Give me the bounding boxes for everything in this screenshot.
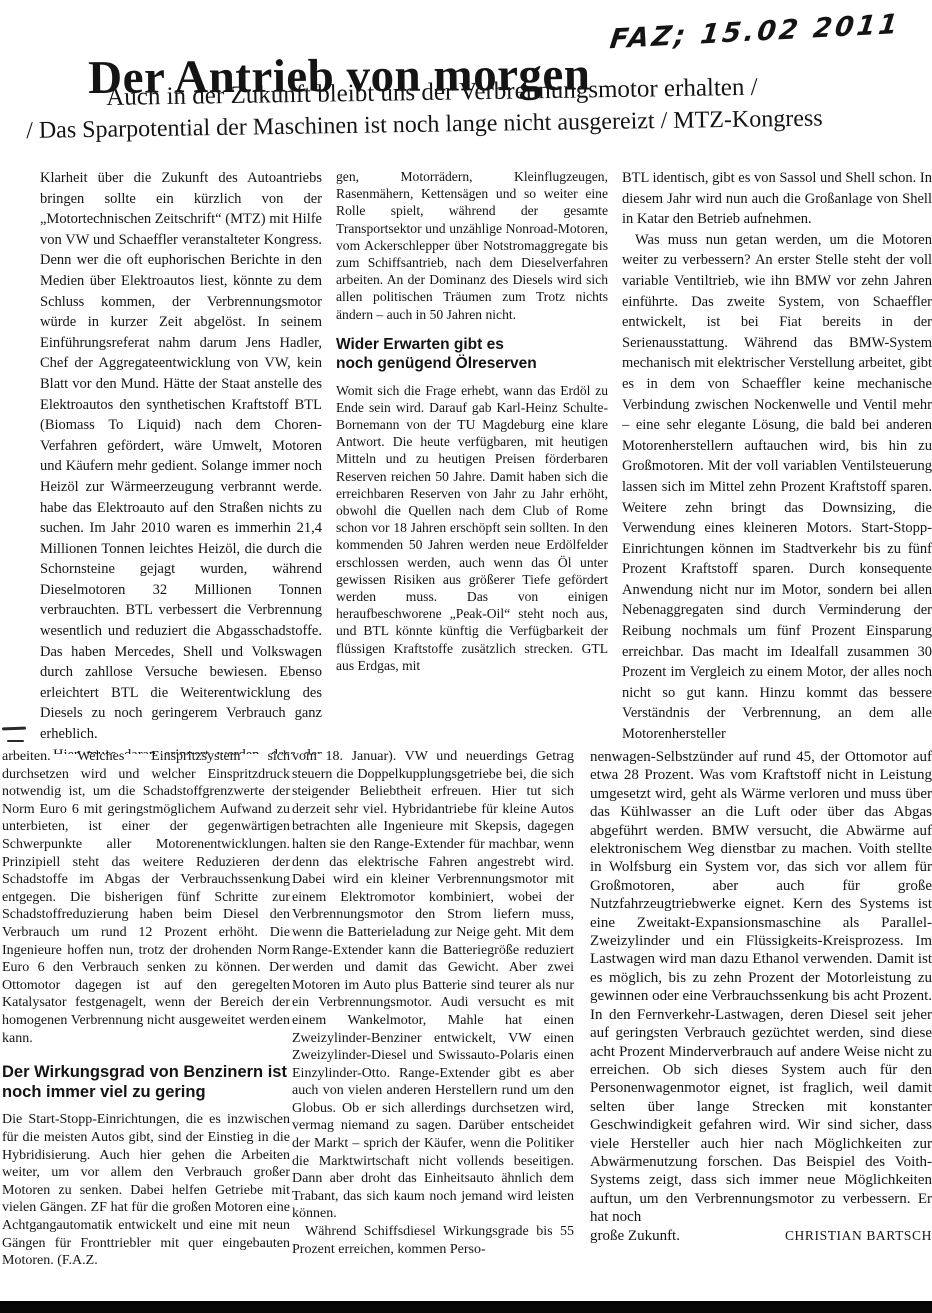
top-column-1: Klarheit über die Zukunft des Autoantrie… [40, 168, 322, 754]
paragraph: Während Schiffsdiesel Wirkungsgrade bis … [292, 1223, 574, 1258]
top-column-3: BTL identisch, gibt es von Sassol und Sh… [622, 168, 932, 754]
bottom-scan-edge-bar [0, 1301, 932, 1313]
crosshead-line: Der Wirkungsgrad von Benzinern ist [2, 1062, 290, 1082]
closing-byline-row: große Zukunft. CHRISTIAN BARTSCH [590, 1227, 932, 1245]
crosshead-line: noch immer viel zu gering [2, 1082, 290, 1102]
scan-artifact-dash [2, 727, 26, 731]
paragraph: vom 18. Januar). VW und neuerdings Getra… [292, 748, 574, 1223]
handwritten-source-date-annotation: FAZ; 15.02 2011 [608, 9, 902, 55]
article-subtitle-line2: / Das Sparpotential der Maschinen ist no… [26, 105, 823, 145]
paragraph: nenwagen-Selbstzünder auf rund 45, der O… [590, 748, 932, 1227]
crosshead-line: Wider Erwarten gibt es [336, 336, 608, 355]
paragraph: gen, Motorrädern, Kleinflugzeugen, Rasen… [336, 168, 608, 323]
crosshead-oil-reserves: Wider Erwarten gibt es noch genügend Ölr… [336, 336, 608, 374]
bottom-column-1: arbeiten. Welches Einspritzsystem sich d… [2, 748, 290, 1302]
bottom-column-2: vom 18. Januar). VW und neuerdings Getra… [292, 748, 574, 1302]
article-author: CHRISTIAN BARTSCH [785, 1227, 932, 1245]
paragraph: Klarheit über die Zukunft des Autoantrie… [40, 168, 322, 745]
paragraph: BTL identisch, gibt es von Sassol und Sh… [622, 168, 932, 230]
top-column-2: gen, Motorrädern, Kleinflugzeugen, Rasen… [336, 168, 608, 754]
paragraph: Womit sich die Frage erhebt, wann das Er… [336, 382, 608, 674]
crosshead-efficiency: Der Wirkungsgrad von Benzinern ist noch … [2, 1062, 290, 1102]
paragraph: Die Start-Stopp-Einrichtungen, die es in… [2, 1111, 290, 1269]
paragraph: Was muss nun getan werden, um die Motore… [622, 230, 932, 745]
bottom-column-3: nenwagen-Selbstzünder auf rund 45, der O… [590, 748, 932, 1302]
crosshead-line: noch genügend Ölreserven [336, 355, 608, 374]
scan-artifact-dash [7, 740, 24, 742]
closing-text: große Zukunft. [590, 1227, 680, 1245]
newspaper-clipping-page: Der Antrieb von morgen FAZ; 15.02 2011 A… [0, 0, 932, 1313]
paragraph: arbeiten. Welches Einspritzsystem sich d… [2, 748, 290, 1047]
